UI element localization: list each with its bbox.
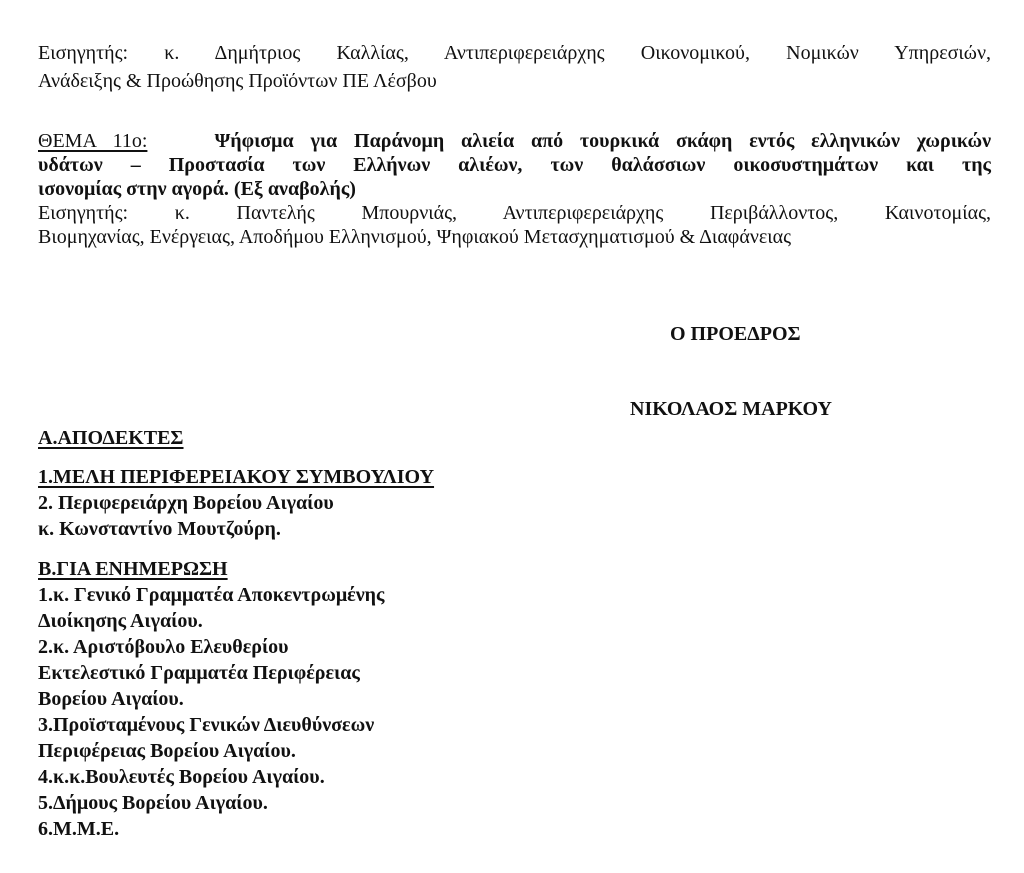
for-information-line: 6.Μ.Μ.Ε. bbox=[38, 817, 119, 841]
item-11-rapporteur-line-1: Εισηγητής: κ. Παντελής Μπουρνιάς, Αντιπε… bbox=[38, 201, 991, 225]
prev-item-rapporteur-line-2: Ανάδειξης & Προώθησης Προϊόντων ΠΕ Λέσβο… bbox=[38, 69, 437, 93]
item-11-title-line-3: ισονομίας στην αγορά. (Εξ αναβολής) bbox=[38, 177, 356, 201]
for-information-line: 2.κ. Αριστόβουλο Ελευθερίου bbox=[38, 635, 289, 659]
item-11-title-line-2: υδάτων – Προστασία των Ελλήνων αλιέων, τ… bbox=[38, 153, 991, 177]
item-11-label: ΘΕΜΑ 11ο: bbox=[38, 130, 147, 152]
for-information-line: Διοίκησης Αιγαίου. bbox=[38, 609, 203, 633]
recipients-subheading: 1.ΜΕΛΗ ΠΕΡΙΦΕΡΕΙΑΚΟΥ ΣΥΜΒΟΥΛΙΟΥ bbox=[38, 465, 434, 489]
for-information-line: 4.κ.κ.Βουλευτές Βορείου Αιγαίου. bbox=[38, 765, 325, 789]
item-11-title-line-1: ΘΕΜΑ 11ο: Ψήφισμα για Παράνομη αλιεία απ… bbox=[38, 129, 991, 153]
for-information-line: 1.κ. Γενικό Γραμματέα Αποκεντρωμένης bbox=[38, 583, 384, 607]
recipients-line: 2. Περιφερειάρχη Βορείου Αιγαίου bbox=[38, 491, 334, 515]
recipients-line: κ. Κωνσταντίνο Μουτζούρη. bbox=[38, 517, 281, 541]
for-information-line: Βορείου Αιγαίου. bbox=[38, 687, 184, 711]
for-information-line: Περιφέρειας Βορείου Αιγαίου. bbox=[38, 739, 296, 763]
prev-item-rapporteur-line-1: Εισηγητής: κ. Δημήτριος Καλλίας, Αντιπερ… bbox=[38, 41, 991, 65]
for-information-line: 3.Προϊσταμένους Γενικών Διευθύνσεων bbox=[38, 713, 374, 737]
recipients-heading: Α.ΑΠΟΔΕΚΤΕΣ bbox=[38, 426, 184, 450]
for-information-line: Εκτελεστικό Γραμματέα Περιφέρειας bbox=[38, 661, 360, 685]
for-information-line: 5.Δήμους Βορείου Αιγαίου. bbox=[38, 791, 268, 815]
for-information-heading: Β.ΓΙΑ ΕΝΗΜΕΡΩΣΗ bbox=[38, 557, 228, 581]
signature-role: Ο ΠΡΟΕΔΡΟΣ bbox=[670, 322, 801, 346]
item-11-rapporteur-line-2: Βιομηχανίας, Ενέργειας, Αποδήμου Ελληνισ… bbox=[38, 225, 791, 249]
signature-name: ΝΙΚΟΛΑΟΣ ΜΑΡΚΟΥ bbox=[630, 397, 832, 421]
item-11-title-text-1: Ψήφισμα για Παράνομη αλιεία από τουρκικά… bbox=[215, 130, 991, 152]
